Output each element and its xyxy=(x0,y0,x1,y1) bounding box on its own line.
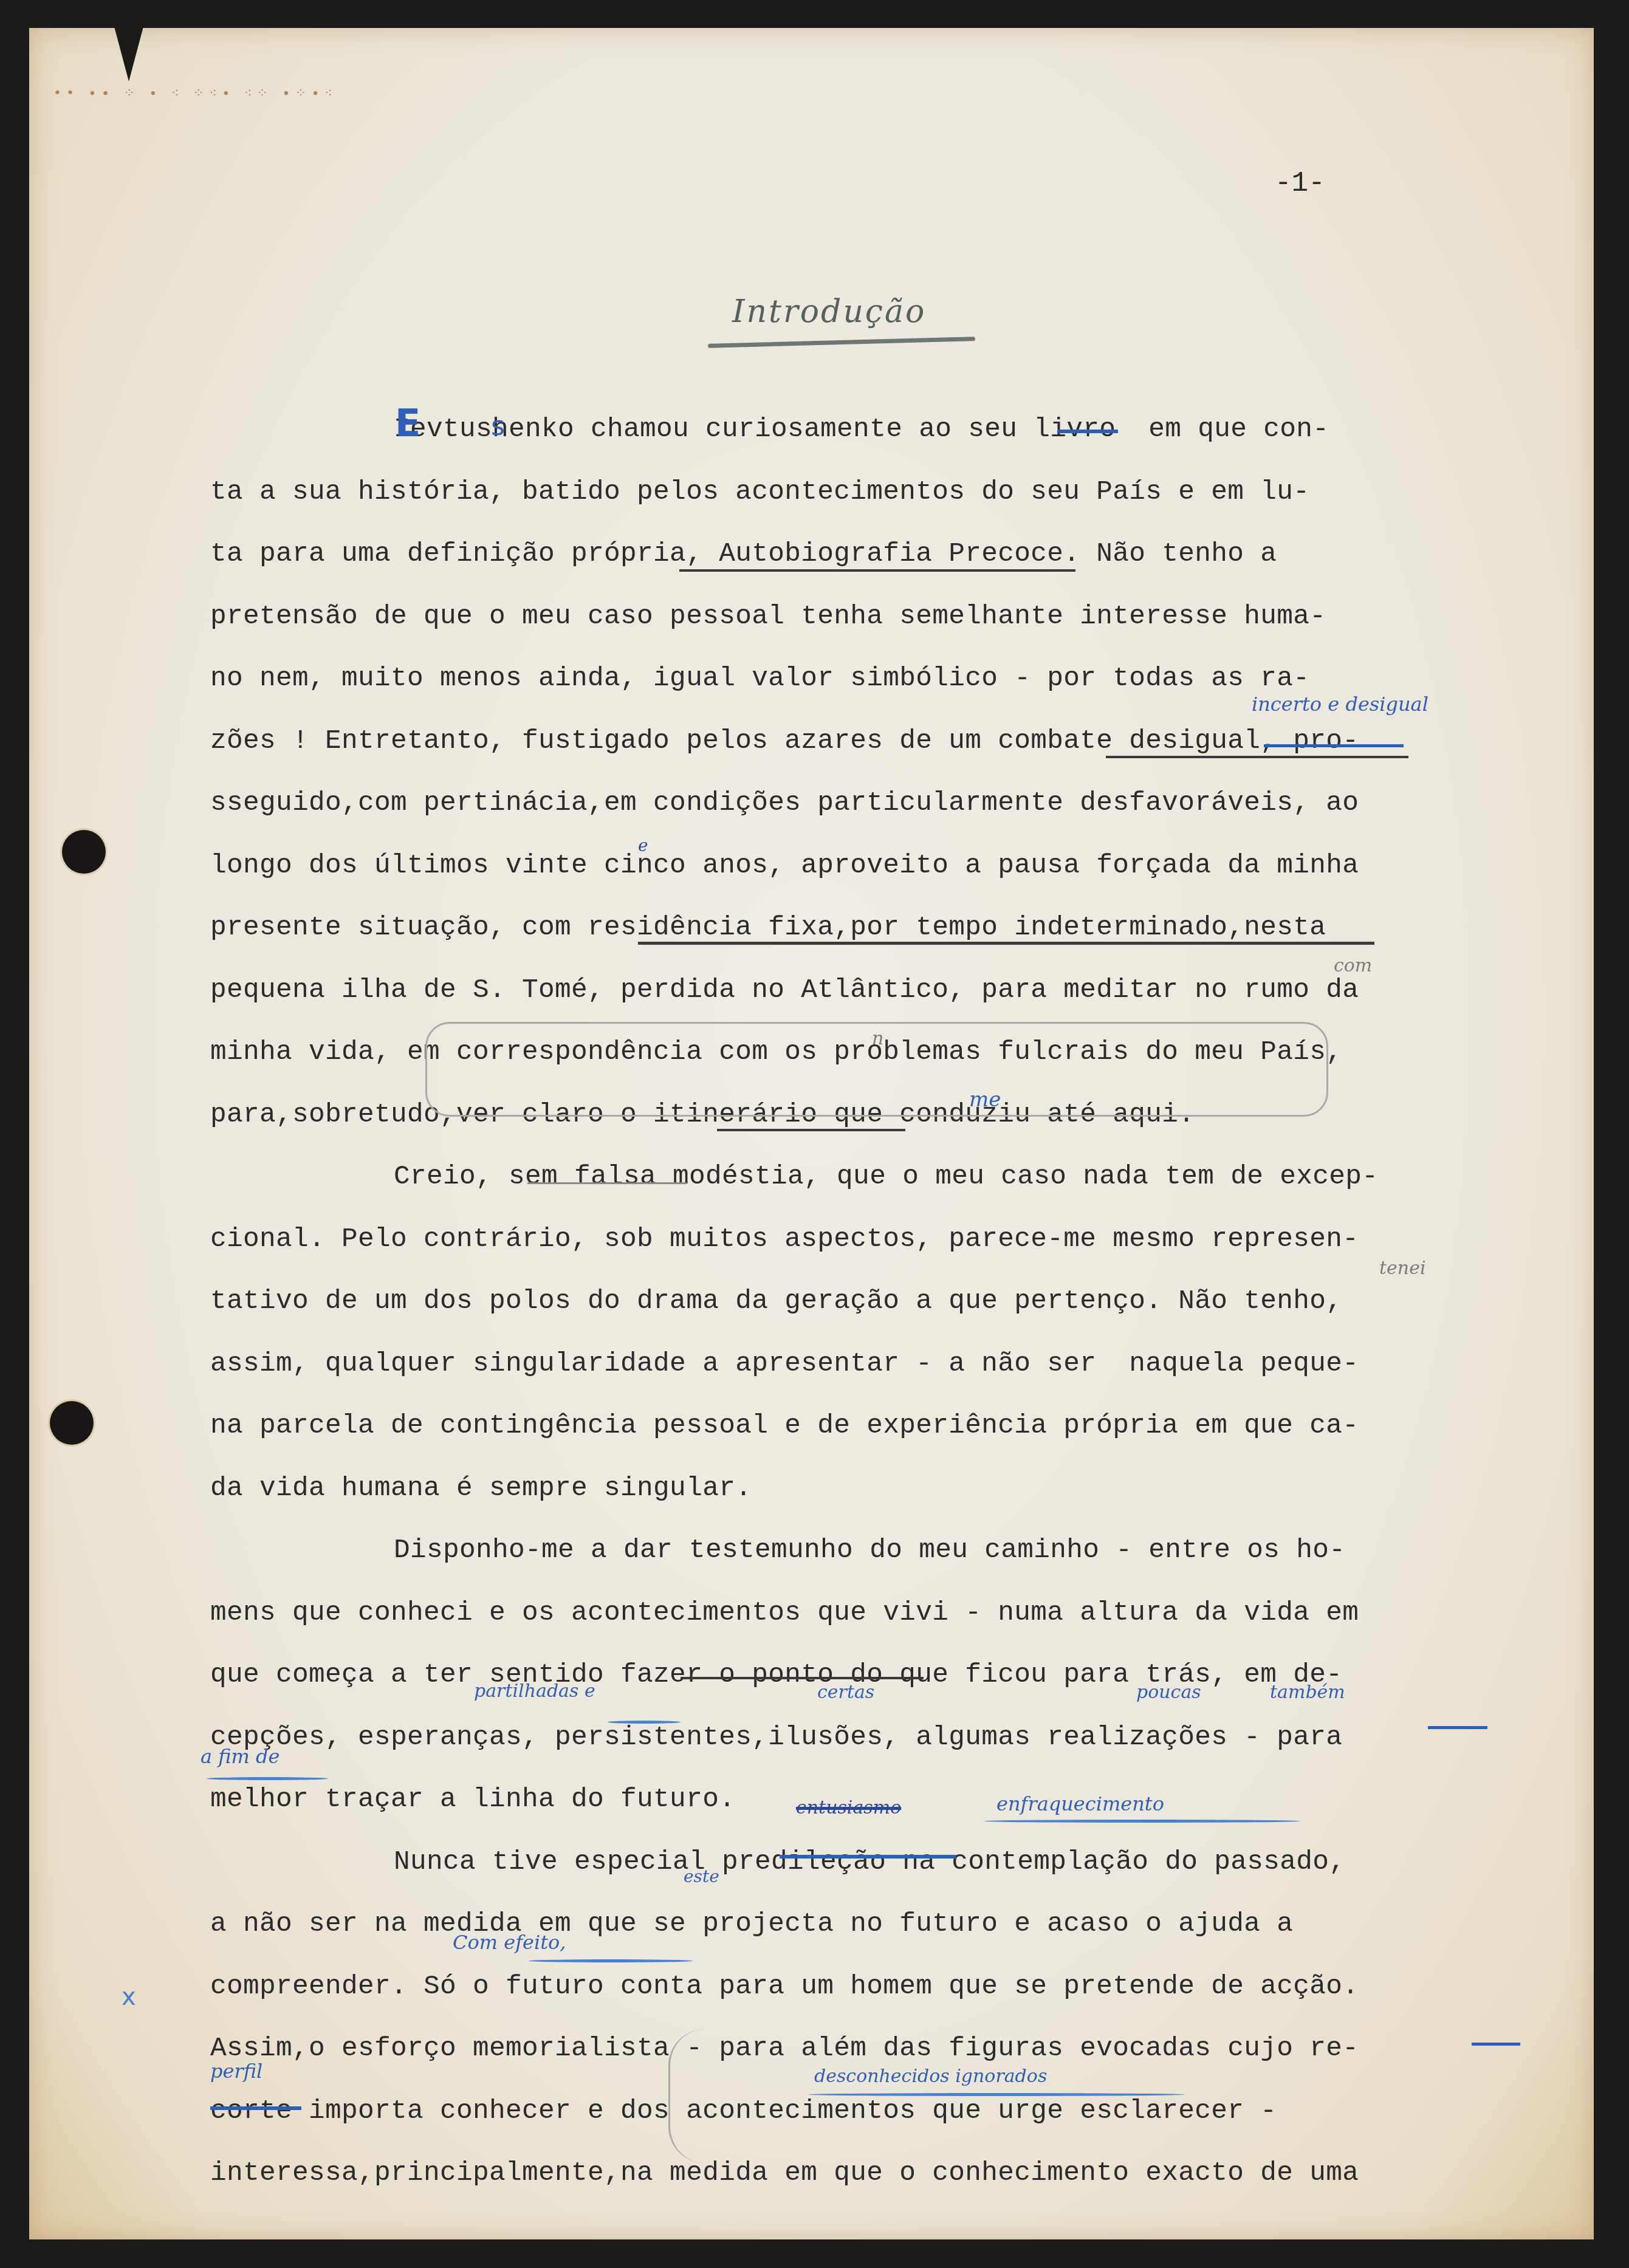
insertion-wave xyxy=(529,1959,693,1962)
text-line: Disponho-me a dar testemunho do meu cami… xyxy=(210,1532,1529,1595)
annotation-a-fim-de: a fim de xyxy=(201,1745,280,1768)
text-line: tativo de um dos polos do drama da geraç… xyxy=(210,1283,1529,1346)
text-line: Nunca tive especial predileção na contem… xyxy=(210,1844,1529,1907)
page-number: -1- xyxy=(1275,168,1325,199)
insertion-wave xyxy=(207,1777,328,1780)
strike-corte xyxy=(210,2106,301,2110)
annotation-capital-e: E xyxy=(395,401,420,445)
annotation-poucas: poucas xyxy=(1136,1682,1201,1703)
pencil-transposition-loop xyxy=(425,1022,1328,1117)
margin-x-mark: x xyxy=(122,1983,136,2011)
punch-hole-bottom xyxy=(50,1401,94,1445)
text-line: ta a sua história, batido pelos aconteci… xyxy=(210,474,1529,536)
strike-sem-falsa-modestia xyxy=(527,1182,687,1184)
annotation-s: s xyxy=(491,411,505,442)
text-line: cional. Pelo contrário, sob muitos aspec… xyxy=(210,1221,1529,1284)
text-line: assim, qualquer singularidade a apresent… xyxy=(210,1346,1529,1408)
underline-autobiografia xyxy=(679,569,1075,572)
annotation-certas: certas xyxy=(817,1682,874,1703)
strike-seu xyxy=(1057,430,1118,433)
text-line: cepções, esperanças, persistentes,ilusõe… xyxy=(210,1719,1529,1782)
punch-hole-top xyxy=(62,830,106,874)
annotation-tenei: tenei xyxy=(1379,1258,1425,1279)
annotation-incerto-e-desigual: incerto e desigual xyxy=(1252,693,1428,716)
strike-desigual xyxy=(1264,744,1404,747)
text-line: Creio, sem falsa modéstia, que o meu cas… xyxy=(210,1159,1529,1221)
insertion-wave xyxy=(608,1721,681,1724)
text-line: mens que conheci e os acontecimentos que… xyxy=(210,1595,1529,1657)
text-line: ta para uma definição própria, Autobiogr… xyxy=(210,536,1529,598)
annotation-e-vinte: e xyxy=(638,835,648,855)
paper-stain-specks: •• ∙∙ ⁘ ∙ ⁖ ⁘⁖∙ ⁖⁘ ∙⁘∙⁖ xyxy=(53,86,337,101)
annotation-este: este xyxy=(684,1866,719,1886)
text-line: zões ! Entretanto, fustigado pelos azare… xyxy=(210,723,1529,786)
text-line: interessa,principalmente,na medida em qu… xyxy=(210,2155,1529,2218)
text-line: a não ser na medida em que se projecta n… xyxy=(210,1906,1529,1968)
text-line: sseguido,com pertinácia,em condições par… xyxy=(210,785,1529,848)
handwritten-title: Introdução xyxy=(732,293,926,330)
annotation-desconhecidos-ignorados: desconhecidos ignorados xyxy=(814,2066,1047,2087)
text-line: pretensão de que o meu caso pessoal tenh… xyxy=(210,598,1529,661)
text-line: compreender. Só o futuro conta para um h… xyxy=(210,1968,1529,2031)
insertion-wave xyxy=(808,2093,1185,2096)
annotation-entusiasmo-struck: entusiasmo xyxy=(796,1797,901,1818)
text-line: corte importa conhecer e dos acontecimen… xyxy=(210,2093,1529,2156)
typed-body: Ievtushenko chamou curiosamente ao seu l… xyxy=(210,411,1529,2218)
text-line: na parcela de contingência pessoal e de … xyxy=(210,1408,1529,1470)
annotation-partilhadas-e: partilhadas e xyxy=(474,1680,595,1702)
strike-re xyxy=(1472,2043,1520,2046)
text-line: da vida humana é sempre singular. xyxy=(210,1470,1529,1533)
text-line: presente situação, com residência fixa,p… xyxy=(210,910,1529,972)
text-line: longo dos últimos vinte cinco anos, apro… xyxy=(210,848,1529,910)
insertion-wave xyxy=(984,1820,1300,1823)
underline-combate xyxy=(1106,756,1408,758)
pencil-bracket xyxy=(668,2029,707,2163)
annotation-com-efeito: Com efeito, xyxy=(453,1931,566,1954)
annotation-enfraquecimento: enfraquecimento xyxy=(996,1792,1164,1815)
underline-itinerario xyxy=(717,1129,905,1131)
underline-residencia xyxy=(638,942,1374,945)
strike-predilecao xyxy=(780,1855,956,1859)
annotation-perfil: perfil xyxy=(210,2060,262,2083)
strike-para xyxy=(1428,1726,1487,1729)
underline-fazer-o-ponto xyxy=(681,1677,924,1679)
annotation-com: com xyxy=(1334,955,1372,976)
annotation-tambem: também xyxy=(1270,1682,1345,1703)
